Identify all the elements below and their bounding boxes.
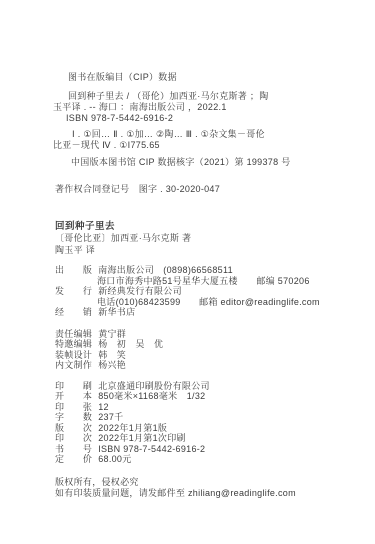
row-value: 杨兴艳 [98,360,126,371]
row-value: ISBN 978-7-5442-6916-2 [98,444,205,455]
editor-row: 责任编辑 黄宁群 [55,329,345,340]
cip-class-line2: 比亚－现代 Ⅳ . ①I775.65 [53,140,345,151]
copyright-notice: 版权所有，侵权必究 [55,477,345,488]
editor-row: 装帧设计 韩 笑 [55,350,345,361]
editor-row: 特邀编辑 杨 初 吴 优 [55,339,345,350]
cip-isbn: ISBN 978-7-5442-6916-2 [66,113,345,124]
row-value: 2022年1月第1版 [98,423,167,434]
row-label: 出 版 [55,265,92,276]
printing-row: 版 次 2022年1月第1版 [55,423,345,434]
cip-block: 图书在版编目（CIP）数据 回到种子里去 / （哥伦）加西亚·马尔克斯著 ；陶 … [55,72,345,168]
row-value: 新华书店 [98,307,135,318]
row-value: 237千 [98,412,123,423]
row-label: 印 刷 [55,381,92,392]
row-value: 南海出版公司 (0898)66568511 [98,265,233,276]
cip-entry-line2: 玉平译 . -- 海口 ：南海出版公司 ，2022.1 [53,102,345,113]
cip-entry-line1: 回到种子里去 / （哥伦）加西亚·马尔克斯著 ；陶 [68,91,345,102]
row-label: 印 次 [55,433,92,444]
publishing-row: 海口市海秀中路51号星华大厦五楼 邮编 570206 [55,276,345,287]
copyright-page: 图书在版编目（CIP）数据 回到种子里去 / （哥伦）加西亚·马尔克斯著 ；陶 … [0,0,375,544]
author-line: 〔哥伦比亚〕加西亚·马尔克斯 著 [55,233,345,245]
row-value: 杨 初 吴 优 [98,339,163,350]
row-value: 黄宁群 [98,329,126,340]
cip-record-number: 中国版本图书馆 CIP 数据核字（2021）第 199378 号 [71,157,345,168]
editors-block: 责任编辑 黄宁群 特邀编辑 杨 初 吴 优 装帧设计 韩 笑 内文制作 杨兴艳 [55,329,345,371]
copyright-registration: 著作权合同登记号 图字 . 30-2020-047 [55,184,345,195]
row-value: 68.00元 [98,454,131,465]
publishing-row: 经 销 新华书店 [55,307,345,318]
printing-block: 印 刷 北京盛通印刷股份有限公司 开 本 850毫米×1168毫米 1/32 印… [55,381,345,465]
row-value: 海口市海秀中路51号星华大厦五楼 邮编 570206 [97,276,310,287]
translator-line: 陶玉平 译 [55,245,345,257]
printing-row: 书 号 ISBN 978-7-5442-6916-2 [55,444,345,455]
printing-row: 印 次 2022年1月第1次印刷 [55,433,345,444]
row-label: 书 号 [55,444,92,455]
row-value: 850毫米×1168毫米 1/32 [98,391,205,402]
publishing-block: 出 版 南海出版公司 (0898)66568511 海口市海秀中路51号星华大厦… [55,265,345,318]
title-block: 回到种子里去 〔哥伦比亚〕加西亚·马尔克斯 著 陶玉平 译 [55,221,345,256]
printing-row: 字 数 237千 [55,412,345,423]
cip-class-line1: Ⅰ . ①回… Ⅱ . ①加… ②陶… Ⅲ . ①杂文集－哥伦 [72,129,345,140]
printing-row: 定 价 68.00元 [55,454,345,465]
cip-heading: 图书在版编目（CIP）数据 [68,72,345,83]
row-value: 北京盛通印刷股份有限公司 [98,381,210,392]
footer-block: 版权所有，侵权必究 如有印装质量问题，请发邮件至 zhiliang@readin… [55,477,345,499]
row-label: 字 数 [55,412,92,423]
editor-row: 内文制作 杨兴艳 [55,360,345,371]
row-label: 责任编辑 [55,329,92,340]
quality-contact: 如有印装质量问题，请发邮件至 zhiliang@readinglife.com [55,488,345,499]
row-label: 开 本 [55,391,92,402]
row-label: 定 价 [55,454,92,465]
book-title: 回到种子里去 [55,221,345,233]
row-value: 2022年1月第1次印刷 [98,433,186,444]
row-label: 经 销 [55,307,92,318]
publishing-row: 电话(010)68423599 邮箱 editor@readinglife.co… [55,297,345,308]
row-label: 印 张 [55,402,92,413]
row-value: 电话(010)68423599 邮箱 editor@readinglife.co… [97,297,320,308]
row-label: 装帧设计 [55,350,92,361]
printing-row: 印 张 12 [55,402,345,413]
row-label: 特邀编辑 [55,339,92,350]
row-label: 内文制作 [55,360,92,371]
row-value: 新经典发行有限公司 [98,286,182,297]
publishing-row: 发 行 新经典发行有限公司 [55,286,345,297]
printing-row: 开 本 850毫米×1168毫米 1/32 [55,391,345,402]
printing-row: 印 刷 北京盛通印刷股份有限公司 [55,381,345,392]
row-label: 发 行 [55,286,92,297]
row-value: 韩 笑 [98,350,126,361]
row-label: 版 次 [55,423,92,434]
row-value: 12 [98,402,109,413]
publishing-row: 出 版 南海出版公司 (0898)66568511 [55,265,345,276]
